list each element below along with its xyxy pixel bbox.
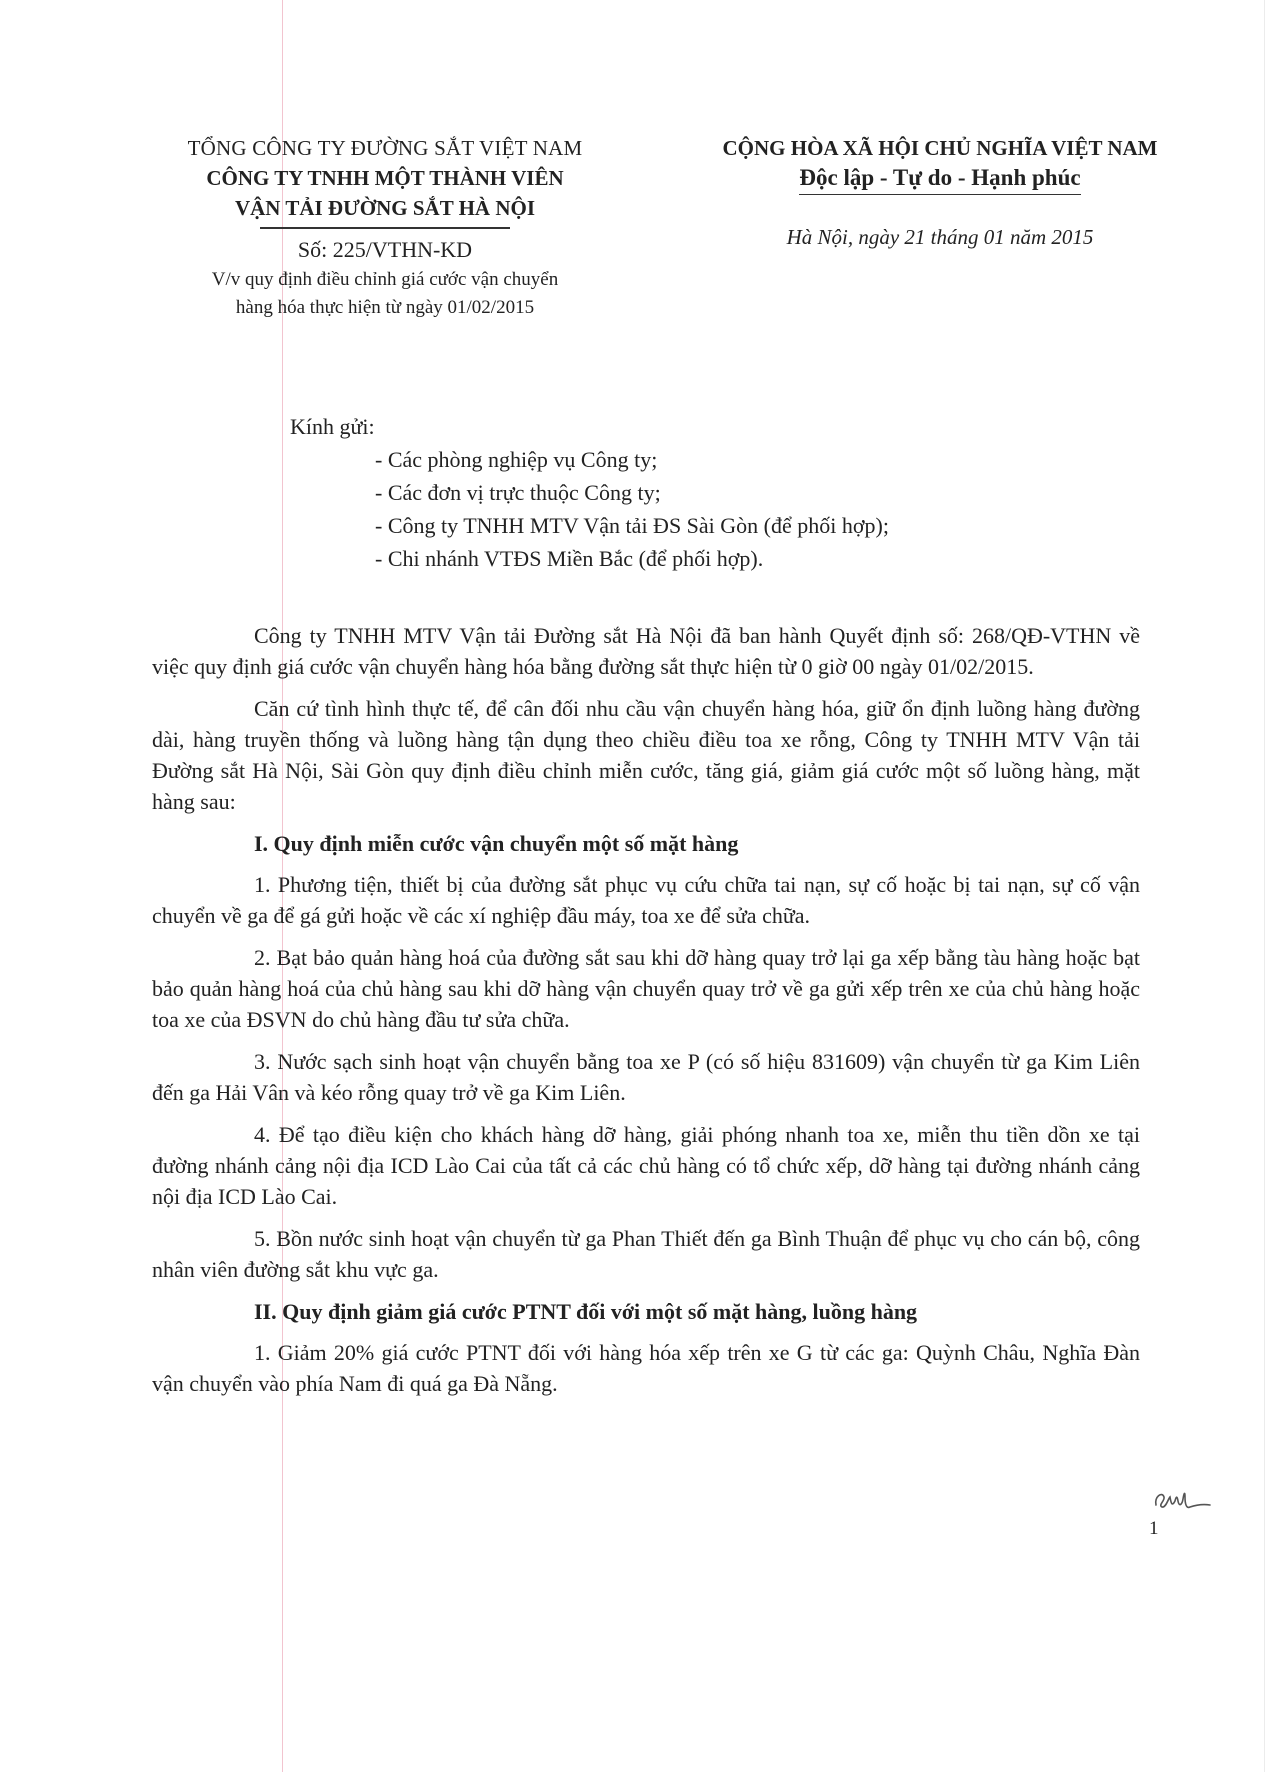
recipient-item: - Công ty TNHH MTV Vận tải ĐS Sài Gòn (đ…: [375, 509, 889, 542]
page-number: 1: [1149, 1518, 1159, 1540]
section-1-item: 2. Bạt bảo quản hàng hoá của đường sắt s…: [152, 942, 1140, 1035]
section-2-item: 1. Giảm 20% giá cước PTNT đối với hàng h…: [152, 1337, 1140, 1399]
parent-org: TỔNG CÔNG TY ĐƯỜNG SẮT VIỆT NAM: [150, 133, 620, 163]
national-motto: Độc lập - Tự do - Hạnh phúc: [799, 163, 1080, 195]
intro-paragraph: Công ty TNHH MTV Vận tải Đường sắt Hà Nộ…: [152, 620, 1140, 682]
document-body: Công ty TNHH MTV Vận tải Đường sắt Hà Nộ…: [152, 620, 1140, 1410]
recipient-item: - Các phòng nghiệp vụ Công ty;: [375, 443, 889, 476]
section-heading-1: I. Quy định miễn cước vận chuyển một số …: [152, 828, 1140, 859]
place-date: Hà Nội, ngày 21 tháng 01 năm 2015: [660, 222, 1220, 252]
issuer-header: TỔNG CÔNG TY ĐƯỜNG SẮT VIỆT NAM CÔNG TY …: [150, 133, 620, 321]
section-1-item: 3. Nước sạch sinh hoạt vận chuyển bằng t…: [152, 1046, 1140, 1108]
subject-line1: V/v quy định điều chỉnh giá cước vận chu…: [150, 267, 620, 293]
section-1-item: 1. Phương tiện, thiết bị của đường sắt p…: [152, 869, 1140, 931]
context-paragraph: Căn cứ tình hình thực tế, để cân đối nhu…: [152, 693, 1140, 817]
national-header: CỘNG HÒA XÃ HỘI CHỦ NGHĨA VIỆT NAM Độc l…: [660, 133, 1220, 252]
initials-signature-icon: [1152, 1487, 1212, 1511]
recipients-label: Kính gửi:: [290, 410, 889, 443]
document-page: TỔNG CÔNG TY ĐƯỜNG SẮT VIỆT NAM CÔNG TY …: [0, 0, 1275, 1772]
section-1-item: 5. Bồn nước sinh hoạt vận chuyển từ ga P…: [152, 1223, 1140, 1285]
nation-title: CỘNG HÒA XÃ HỘI CHỦ NGHĨA VIỆT NAM: [660, 133, 1220, 163]
scan-edge: [1264, 0, 1265, 1772]
section-heading-2: II. Quy định giảm giá cước PTNT đối với …: [152, 1296, 1140, 1327]
recipient-item: - Chi nhánh VTĐS Miền Bắc (để phối hợp).: [375, 542, 889, 575]
section-1-item: 4. Để tạo điều kiện cho khách hàng dỡ hà…: [152, 1119, 1140, 1212]
doc-number: Số: 225/VTHN-KD: [150, 235, 620, 265]
org-name-line1: CÔNG TY TNHH MỘT THÀNH VIÊN: [150, 163, 620, 193]
subject-line2: hàng hóa thực hiện từ ngày 01/02/2015: [150, 295, 620, 321]
header-divider: [260, 227, 510, 229]
org-name-line2: VẬN TẢI ĐƯỜNG SẮT HÀ NỘI: [150, 193, 620, 223]
recipient-item: - Các đơn vị trực thuộc Công ty;: [375, 476, 889, 509]
recipients-list: - Các phòng nghiệp vụ Công ty; - Các đơn…: [375, 443, 889, 575]
recipients: Kính gửi: - Các phòng nghiệp vụ Công ty;…: [290, 410, 889, 575]
